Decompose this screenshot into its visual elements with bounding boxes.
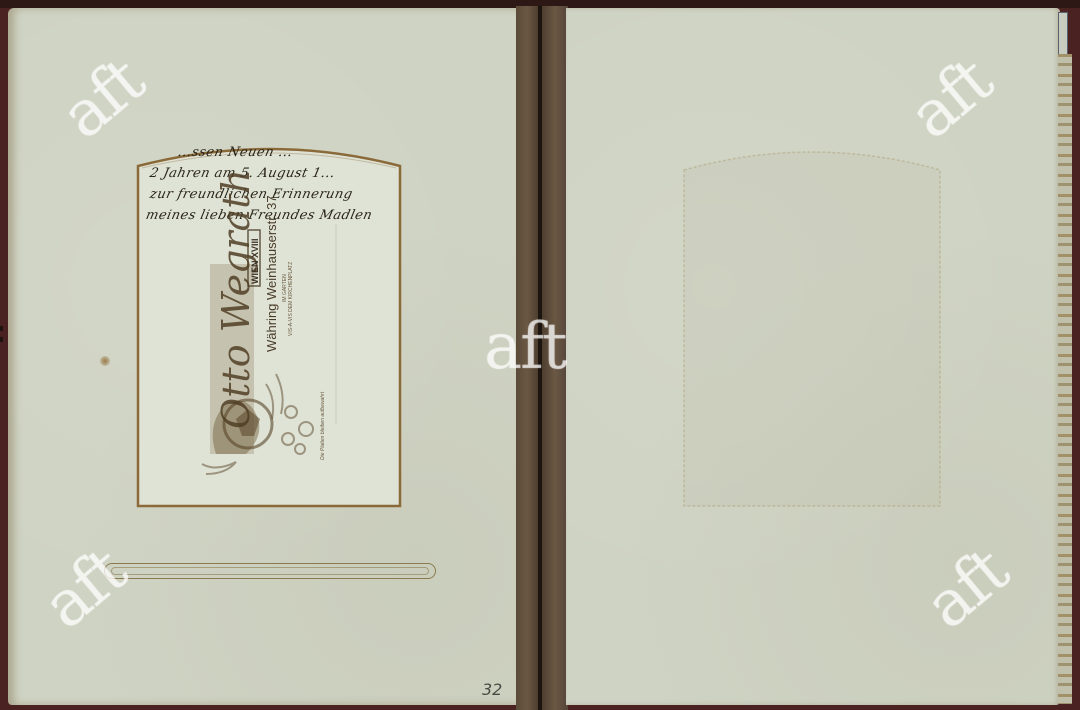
handwriting-line-1: ...ssen Neuen ... [148, 142, 402, 163]
photographer-name: Otto Wegrath [214, 169, 258, 429]
stain [100, 356, 110, 366]
album-spine [516, 6, 568, 710]
photographer-stamp: Otto Wegrath WIEN XVIII Währing Weinhaus… [196, 224, 356, 478]
photographer-city: WIEN XVIII [250, 238, 260, 284]
photographer-address: Währing Weinhauserstr. 37. [264, 192, 279, 352]
caption-slot-inner [111, 567, 429, 575]
empty-photo-slot [680, 140, 944, 510]
gilded-page-edge [1058, 54, 1072, 704]
left-edge-marks [0, 326, 4, 346]
stamp-small-print-2: VIS-A-VIS DEM KIRCHENPLATZ [288, 262, 294, 336]
spine-right-strip [542, 6, 568, 710]
caption-slot [104, 563, 436, 579]
handwriting-line-2: 2 Jahren am 5. August 1... [148, 163, 402, 184]
stamp-footer: Die Platten bleiben aufbewahrt [320, 392, 326, 460]
page-number: 32 [482, 680, 502, 699]
spine-left-strip [516, 6, 538, 710]
